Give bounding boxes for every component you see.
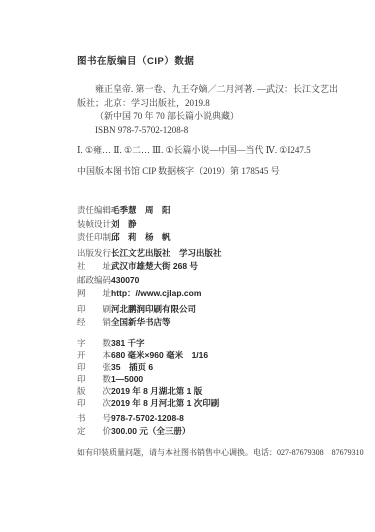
- row-label: 邮政编码: [77, 274, 111, 288]
- row-label: 定 价: [77, 425, 111, 438]
- cip-description: 雍正皇帝. 第一卷、九王夺嫡／二月河著. —武汉：长江文艺出 版社；北京：学习出…: [77, 83, 341, 137]
- row-value: http：//www.cjlap.com: [111, 287, 201, 301]
- price-row: 定 价 300.00 元（全三册）: [77, 425, 341, 438]
- row-value: 430070: [111, 274, 139, 288]
- copyright-page: 图书在版编目（CIP）数据 雍正皇帝. 第一卷、九王夺嫡／二月河著. —武汉：长…: [0, 0, 375, 532]
- row-label: 责任印制: [77, 231, 111, 245]
- isbn-line: ISBN 978-7-5702-1208-8: [77, 124, 341, 138]
- row-label: 印 次: [77, 397, 111, 409]
- staff-row-editor: 责任编辑 毛季慧 周 阳: [77, 204, 341, 218]
- row-label: 印 张: [77, 361, 111, 373]
- row-value: 河北鹏润印刷有限公司: [111, 303, 196, 317]
- cip-header: 图书在版编目（CIP）数据: [77, 56, 341, 68]
- printer-row: 印 刷 河北鹏润印刷有限公司: [77, 303, 341, 317]
- row-label: 经 销: [77, 316, 111, 330]
- format-row: 开 本 680 毫米×960 毫米 1/16: [77, 349, 341, 361]
- word-count-row: 字 数 381 千字: [77, 337, 341, 349]
- row-label: 责任编辑: [77, 204, 111, 218]
- book-number-row: 书 号 978-7-5702-1208-8: [77, 412, 341, 425]
- row-value: 2019 年 8 月河北第 1 次印刷: [111, 397, 219, 409]
- publishing-info-group: 出版发行 长江文艺出版社 学习出版社 社 址 武汉市雄楚大街 268 号 邮政编…: [77, 247, 341, 301]
- row-value: 邱 莉 杨 帆: [111, 231, 171, 245]
- row-label: 字 数: [77, 337, 111, 349]
- row-label: 版 次: [77, 385, 111, 397]
- cip-series-line: （新中国 70 年 70 部长篇小说典藏）: [77, 110, 341, 124]
- book-specs-group: 字 数 381 千字 开 本 680 毫米×960 毫米 1/16 印 张 35…: [77, 337, 341, 409]
- row-label: 装帧设计: [77, 218, 111, 232]
- cip-classification-line: Ⅰ. ①雍… Ⅱ. ①二… Ⅲ. ①长篇小说—中国—当代 Ⅳ. ①I247.5: [77, 144, 341, 158]
- impression-row: 印 次 2019 年 8 月河北第 1 次印刷: [77, 397, 341, 409]
- cip-record-number-line: 中国版本图书馆 CIP 数据核字（2019）第 178545 号: [77, 165, 341, 179]
- row-value: 全国新华书店等: [111, 316, 171, 330]
- printing-distribution-group: 印 刷 河北鹏润印刷有限公司 经 销 全国新华书店等: [77, 303, 341, 330]
- row-value: 武汉市雄楚大街 268 号: [111, 260, 198, 274]
- row-value: 毛季慧 周 阳: [111, 204, 171, 218]
- postcode-row: 邮政编码 430070: [77, 274, 341, 288]
- website-row: 网 址 http：//www.cjlap.com: [77, 287, 341, 301]
- row-label: 书 号: [77, 412, 111, 425]
- row-value: 刘 静: [111, 218, 137, 232]
- edition-row: 版 次 2019 年 8 月湖北第 1 版: [77, 385, 341, 397]
- staff-row-print-supervisor: 责任印制 邱 莉 杨 帆: [77, 231, 341, 245]
- cip-description-line-1: 雍正皇帝. 第一卷、九王夺嫡／二月河著. —武汉：长江文艺出: [77, 83, 341, 97]
- row-value: 381 千字: [111, 337, 145, 349]
- row-label: 社 址: [77, 260, 111, 274]
- row-label: 出版发行: [77, 247, 111, 261]
- row-value: 35 插页 6: [111, 361, 153, 373]
- row-value: 1—5000: [111, 373, 143, 385]
- publisher-row: 出版发行 长江文艺出版社 学习出版社: [77, 247, 341, 261]
- book-number-group: 书 号 978-7-5702-1208-8 定 价 300.00 元（全三册）: [77, 412, 341, 438]
- row-label: 印 数: [77, 373, 111, 385]
- cip-description-line-2: 版社；北京：学习出版社，2019.8: [77, 97, 341, 111]
- quality-notice: 如有印装质量问题，请与本社图书销售中心调换。电话：027-87679308 87…: [77, 447, 341, 459]
- row-value: 978-7-5702-1208-8: [111, 412, 184, 425]
- sheets-row: 印 张 35 插页 6: [77, 361, 341, 373]
- staff-credits-group: 责任编辑 毛季慧 周 阳 装帧设计 刘 静 责任印制 邱 莉 杨 帆: [77, 204, 341, 245]
- row-value: 300.00 元（全三册）: [111, 425, 190, 438]
- page-content: 图书在版编目（CIP）数据 雍正皇帝. 第一卷、九王夺嫡／二月河著. —武汉：长…: [77, 56, 341, 459]
- row-label: 网 址: [77, 287, 111, 301]
- row-value: 2019 年 8 月湖北第 1 版: [111, 385, 202, 397]
- staff-row-designer: 装帧设计 刘 静: [77, 218, 341, 232]
- address-row: 社 址 武汉市雄楚大街 268 号: [77, 260, 341, 274]
- row-label: 印 刷: [77, 303, 111, 317]
- distributor-row: 经 销 全国新华书店等: [77, 316, 341, 330]
- row-value: 680 毫米×960 毫米 1/16: [111, 349, 208, 361]
- print-run-row: 印 数 1—5000: [77, 373, 341, 385]
- row-label: 开 本: [77, 349, 111, 361]
- row-value: 长江文艺出版社 学习出版社: [111, 247, 222, 261]
